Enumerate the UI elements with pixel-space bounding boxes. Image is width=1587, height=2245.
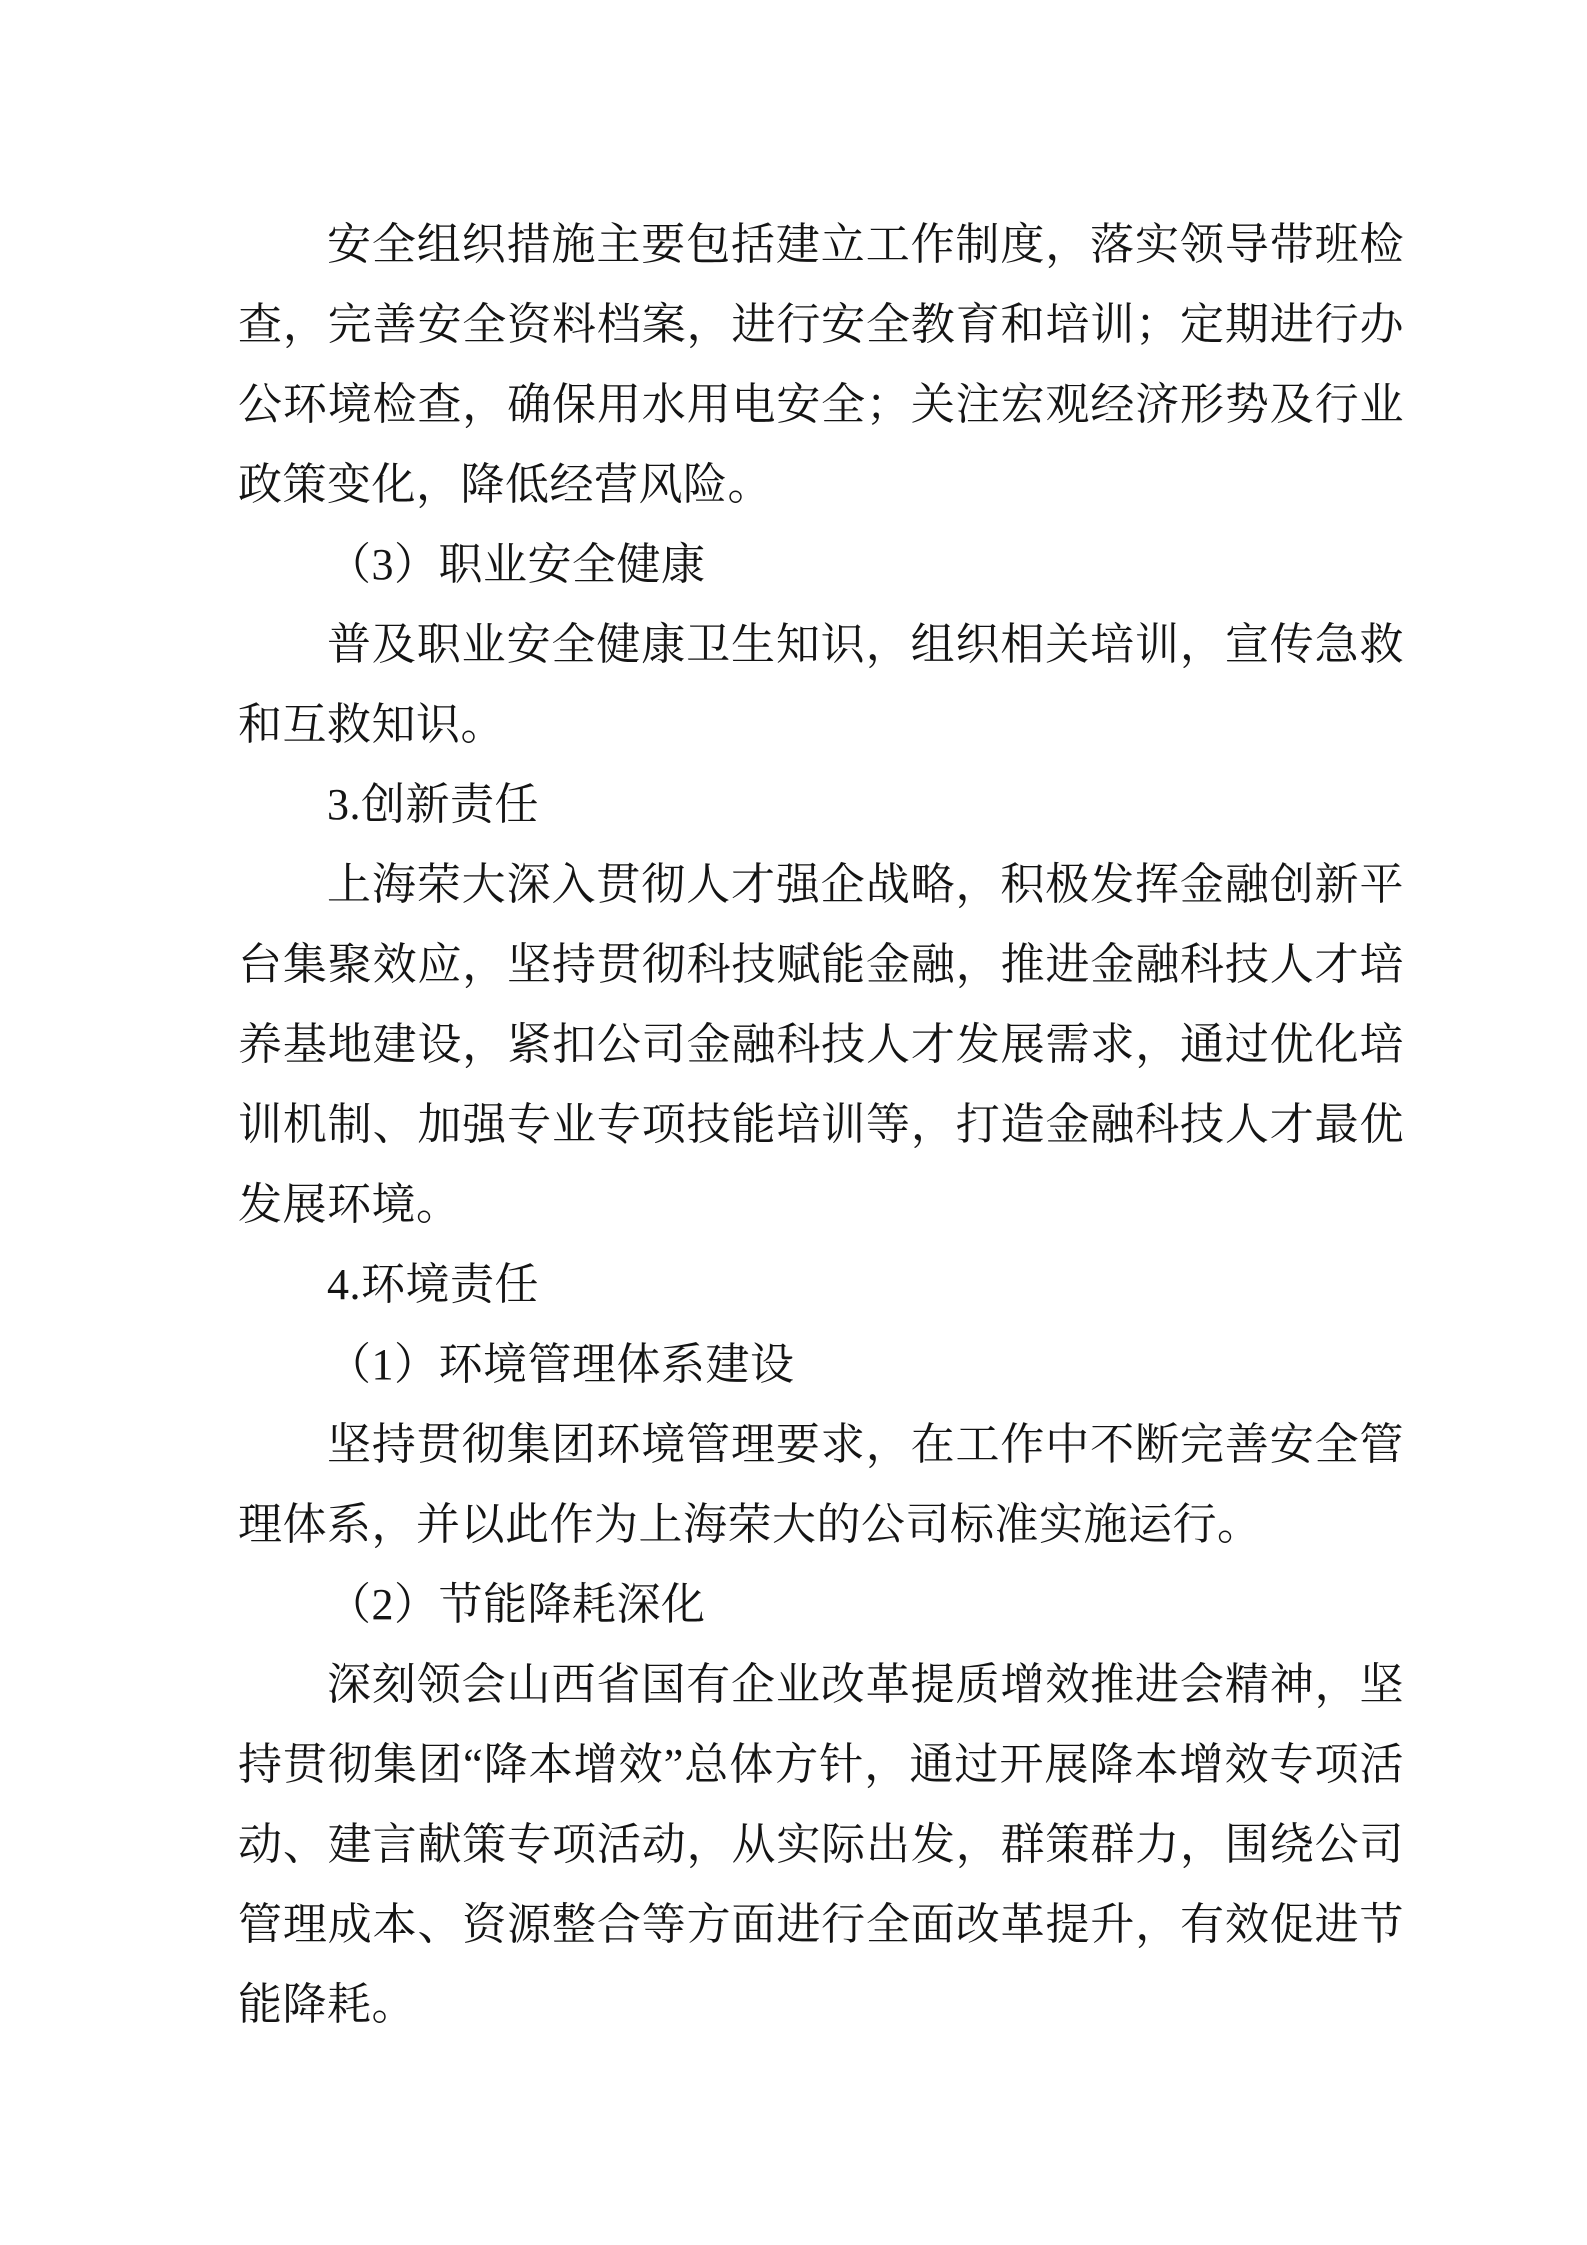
document-heading: （2）节能降耗深化 xyxy=(238,1565,1404,1645)
document-text-block: 安全组织措施主要包括建立工作制度，落实领导带班检查，完善安全资料档案，进行安全教… xyxy=(238,205,1404,2045)
document-paragraph: 上海荣大深入贯彻人才强企战略，积极发挥金融创新平台集聚效应，坚持贯彻科技赋能金融… xyxy=(238,845,1404,1245)
document-paragraph: 安全组织措施主要包括建立工作制度，落实领导带班检查，完善安全资料档案，进行安全教… xyxy=(238,205,1404,525)
document-heading: 4.环境责任 xyxy=(238,1245,1404,1325)
document-heading: 3.创新责任 xyxy=(238,765,1404,845)
document-paragraph: 坚持贯彻集团环境管理要求，在工作中不断完善安全管理体系，并以此作为上海荣大的公司… xyxy=(238,1405,1404,1565)
document-heading: （3）职业安全健康 xyxy=(238,525,1404,605)
document-paragraph: 普及职业安全健康卫生知识，组织相关培训，宣传急救和互救知识。 xyxy=(238,605,1404,765)
document-page: 安全组织措施主要包括建立工作制度，落实领导带班检查，完善安全资料档案，进行安全教… xyxy=(0,0,1587,2245)
document-heading: （1）环境管理体系建设 xyxy=(238,1325,1404,1405)
document-paragraph: 深刻领会山西省国有企业改革提质增效推进会精神，坚持贯彻集团“降本增效”总体方针，… xyxy=(238,1645,1404,2045)
